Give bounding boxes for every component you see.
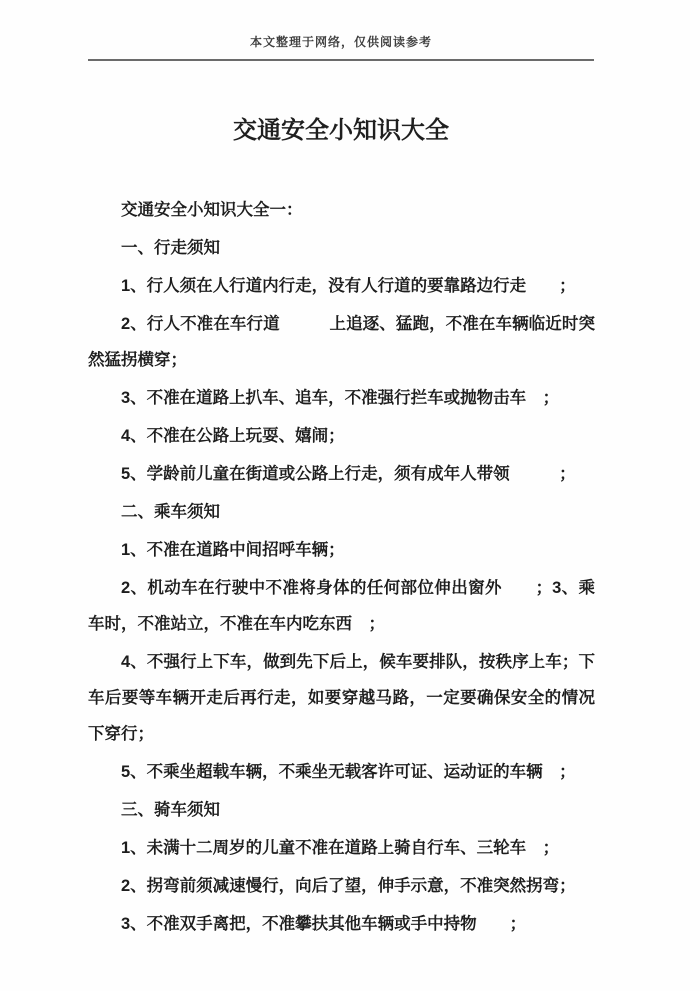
page-title: 交通安全小知识大全 (88, 110, 594, 145)
paragraph: 5、学龄前儿童在街道或公路上行走，须有成年人带领 ； (88, 456, 595, 492)
paragraph: 1、不准在道路中间招呼车辆； (88, 532, 595, 568)
paragraph: 5、不乘坐超载车辆，不乘坐无载客许可证、运动证的车辆 ； (88, 754, 595, 790)
section-heading-walking: 一、行走须知 (88, 230, 595, 266)
paragraph: 4、不准在公路上玩耍、嬉闹； (88, 418, 595, 454)
header-note-text: 本文整理于网络，仅供阅读参考 (250, 35, 432, 49)
paragraph: 1、行人须在人行道内行走，没有人行道的要靠路边行走 ； (88, 268, 595, 304)
paragraph-intro: 交通安全小知识大全一： (88, 192, 595, 228)
section-heading-riding-vehicle: 二、乘车须知 (88, 494, 595, 530)
paragraph: 2、机动车在行驶中不准将身体的任何部位伸出窗外 ；3、乘车时，不准站立，不准在车… (88, 570, 595, 642)
paragraph: 3、不准双手离把，不准攀扶其他车辆或手中持物 ； (88, 906, 595, 942)
document-page: 本文整理于网络，仅供阅读参考 交通安全小知识大全 交通安全小知识大全一： 一、行… (0, 0, 700, 991)
paragraph: 2、拐弯前须减速慢行，向后了望，伸手示意，不准突然拐弯； (88, 868, 595, 904)
header-note: 本文整理于网络，仅供阅读参考 (88, 33, 594, 61)
paragraph: 2、行人不准在车行道 上追逐、猛跑，不准在车辆临近时突然猛拐横穿； (88, 306, 595, 378)
paragraph: 3、不准在道路上扒车、追车，不准强行拦车或抛物击车 ； (88, 380, 595, 416)
document-body: 交通安全小知识大全一： 一、行走须知 1、行人须在人行道内行走，没有人行道的要靠… (88, 192, 595, 944)
paragraph: 1、未满十二周岁的儿童不准在道路上骑自行车、三轮车 ； (88, 830, 595, 866)
section-heading-cycling: 三、骑车须知 (88, 792, 595, 828)
paragraph: 4、不强行上下车，做到先下后上，候车要排队，按秩序上车；下车后要等车辆开走后再行… (88, 644, 595, 752)
